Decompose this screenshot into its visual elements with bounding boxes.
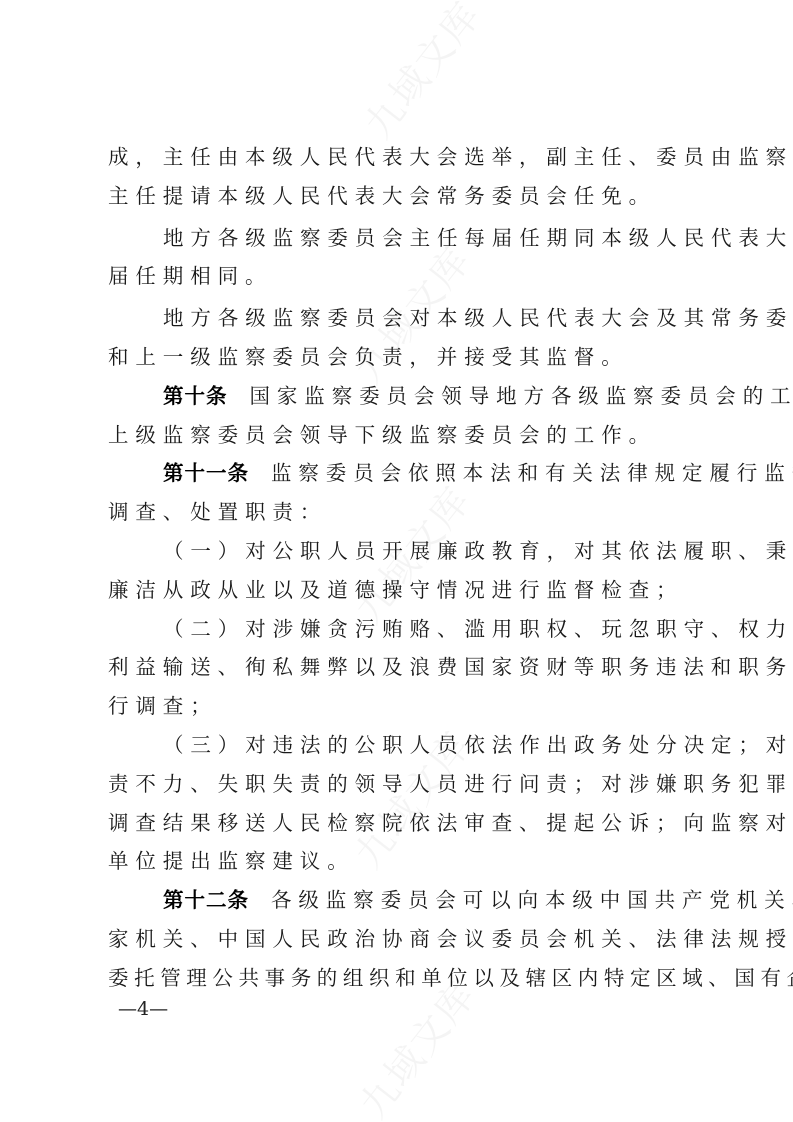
article-heading: 第十一条 [163, 461, 249, 485]
list-item-2: （二）对涉嫌贪污贿赂、滥用职权、玩忽职守、权力寻租、 [108, 610, 694, 649]
text-line: 上级监察委员会领导下级监察委员会的工作。 [108, 416, 694, 455]
text-line: 调查结果移送人民检察院依法审查、提起公诉；向监察对象所在 [108, 804, 694, 843]
text-line: 主任提请本级人民代表大会常务委员会任免。 [108, 177, 694, 216]
article-heading: 第十二条 [163, 888, 249, 912]
article-text: 监察委员会依照本法和有关法律规定履行监督、 [271, 461, 793, 485]
page-number: —4— [118, 998, 168, 1020]
article-10: 第十条国家监察委员会领导地方各级监察委员会的工作， [108, 377, 694, 416]
article-12: 第十二条各级监察委员会可以向本级中国共产党机关、国 [108, 881, 694, 920]
article-heading: 第十条 [163, 384, 228, 408]
text-line: 责不力、失职失责的领导人员进行问责；对涉嫌职务犯罪的，将 [108, 765, 694, 804]
text-line: 成，主任由本级人民代表大会选举，副主任、委员由监察委员会 [108, 138, 694, 177]
list-item-3: （三）对违法的公职人员依法作出政务处分决定；对履行职 [108, 726, 694, 765]
text-line: 委托管理公共事务的组织和单位以及辖区内特定区域、国有企业、 [108, 959, 694, 998]
text-line: 利益输送、徇私舞弊以及浪费国家资财等职务违法和职务犯罪进 [108, 648, 694, 687]
text-line: 届任期相同。 [108, 257, 694, 296]
paragraph-start: 地方各级监察委员会对本级人民代表大会及其常务委员会 [108, 299, 694, 338]
article-11: 第十一条监察委员会依照本法和有关法律规定履行监督、 [108, 454, 694, 493]
text-line: 调查、处置职责： [108, 493, 694, 532]
document-body: 成，主任由本级人民代表大会选举，副主任、委员由监察委员会 主任提请本级人民代表大… [108, 138, 694, 998]
text-line: 单位提出监察建议。 [108, 842, 694, 881]
paragraph-start: 地方各级监察委员会主任每届任期同本级人民代表大会每 [108, 219, 694, 258]
document-page: 九域文库 九域文库 九域文库 九域文库 九域文库 成，主任由本级人民代表大会选举… [0, 0, 793, 1122]
watermark: 九域文库 [349, 0, 491, 147]
text-line: 家机关、中国人民政治协商会议委员会机关、法律法规授权或者 [108, 920, 694, 959]
article-text: 国家监察委员会领导地方各级监察委员会的工作， [250, 384, 793, 408]
text-line: 廉洁从政从业以及道德操守情况进行监督检查； [108, 571, 694, 610]
text-line: 和上一级监察委员会负责，并接受其监督。 [108, 338, 694, 377]
text-line: 行调查； [108, 687, 694, 726]
article-text: 各级监察委员会可以向本级中国共产党机关、国 [271, 888, 793, 912]
list-item-1: （一）对公职人员开展廉政教育，对其依法履职、秉公用权、 [108, 532, 694, 571]
